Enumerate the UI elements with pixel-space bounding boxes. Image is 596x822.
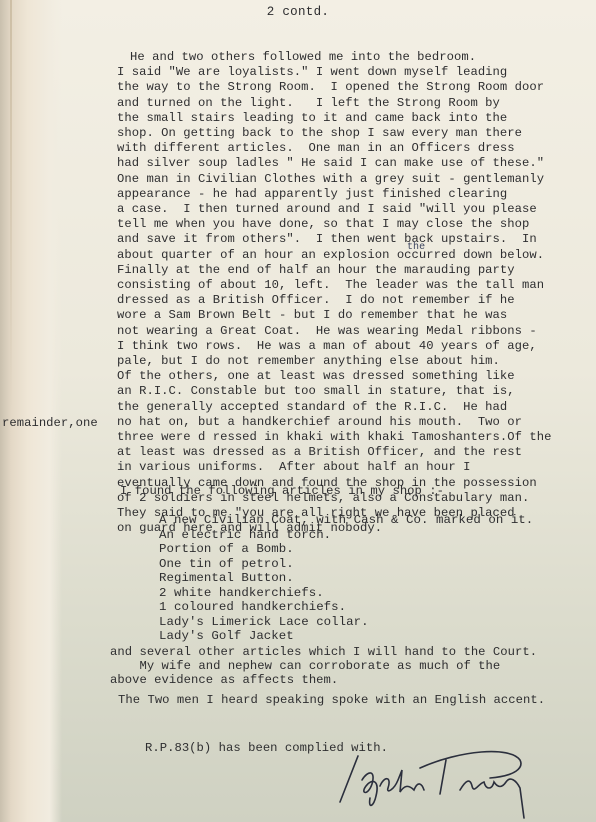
- statement-line: consisting of about 10, left. The leader…: [117, 278, 544, 292]
- closing-line: My wife and nephew can corroborate as mu…: [110, 659, 500, 673]
- statement-line: no hat on, but a handkerchief around his…: [117, 415, 522, 429]
- statement-line: an R.I.C. Constable but too small in sta…: [117, 384, 515, 398]
- page-fold-crease: [10, 0, 12, 420]
- article-item: Lady's Limerick Lace collar.: [159, 615, 369, 629]
- statement-line: had silver soup ladles " He said I can m…: [117, 156, 544, 170]
- statement-line: dressed as a British Officer. I do not r…: [117, 293, 515, 307]
- closing-line: and several other articles which I will …: [110, 645, 537, 659]
- statement-line: appearance - he had apparently just fini…: [117, 187, 507, 201]
- article-item: Portion of a Bomb.: [159, 542, 294, 556]
- article-item: One tin of petrol.: [159, 557, 294, 571]
- statement-line: pale, but I do not remember anything els…: [117, 354, 500, 368]
- statement-line: Finally at the end of half an hour the m…: [117, 263, 515, 277]
- statement-line: Of the others, one at least was dressed …: [117, 369, 515, 383]
- accent-note: The Two men I heard speaking spoke with …: [118, 693, 545, 707]
- page-header: 2 contd.: [0, 5, 596, 19]
- statement-line: and turned on the light. I left the Stro…: [117, 96, 500, 110]
- statement-line: three were d ressed in khaki with khaki …: [117, 430, 551, 444]
- statement-line: One man in Civilian Clothes with a grey …: [117, 172, 544, 186]
- article-item: 2 white handkerchiefs.: [159, 586, 324, 600]
- statement-line: the way to the Strong Room. I opened the…: [117, 80, 544, 94]
- handwritten-signature: [310, 740, 590, 820]
- statement-line: at least was dressed as a British Office…: [117, 445, 522, 459]
- article-item: An electric hand torch.: [159, 528, 331, 542]
- article-item: A new Civilian Coat, with Cash & Co. mar…: [159, 513, 533, 527]
- margin-insert: remainder,one: [2, 416, 98, 430]
- article-item: Lady's Golf Jacket: [159, 629, 294, 643]
- statement-line: shop. On getting back to the shop I saw …: [117, 126, 522, 140]
- statement-line: a case. I then turned around and I said …: [117, 202, 537, 216]
- statement-line: He and two others followed me into the b…: [130, 50, 476, 64]
- statement-line: not wearing a Great Coat. He was wearing…: [117, 324, 537, 338]
- interlinear-correction: the: [407, 241, 425, 255]
- statement-line: in various uniforms. After about half an…: [117, 460, 470, 474]
- statement-line: tell me when you have done, so that I ma…: [117, 217, 529, 231]
- list-intro: I found the following articles in my sho…: [120, 484, 444, 498]
- statement-line: the generally accepted standard of the R…: [117, 400, 507, 414]
- article-item: 1 coloured handkerchiefs.: [159, 600, 346, 614]
- statement-line: I said "We are loyalists." I went down m…: [117, 65, 507, 79]
- closing-line: above evidence as affects them.: [110, 673, 338, 687]
- statement-line: about quarter of an hour an explosion oc…: [117, 248, 544, 262]
- statement-line: and save it from others". I then went ba…: [117, 232, 537, 246]
- statement-line: I think two rows. He was a man of about …: [117, 339, 537, 353]
- article-item: Regimental Button.: [159, 571, 294, 585]
- statement-line: with different articles. One man in an O…: [117, 141, 515, 155]
- statement-line: the small stairs leading to it and came …: [117, 111, 507, 125]
- statement-line: wore a Sam Brown Belt - but I do remembe…: [117, 308, 507, 322]
